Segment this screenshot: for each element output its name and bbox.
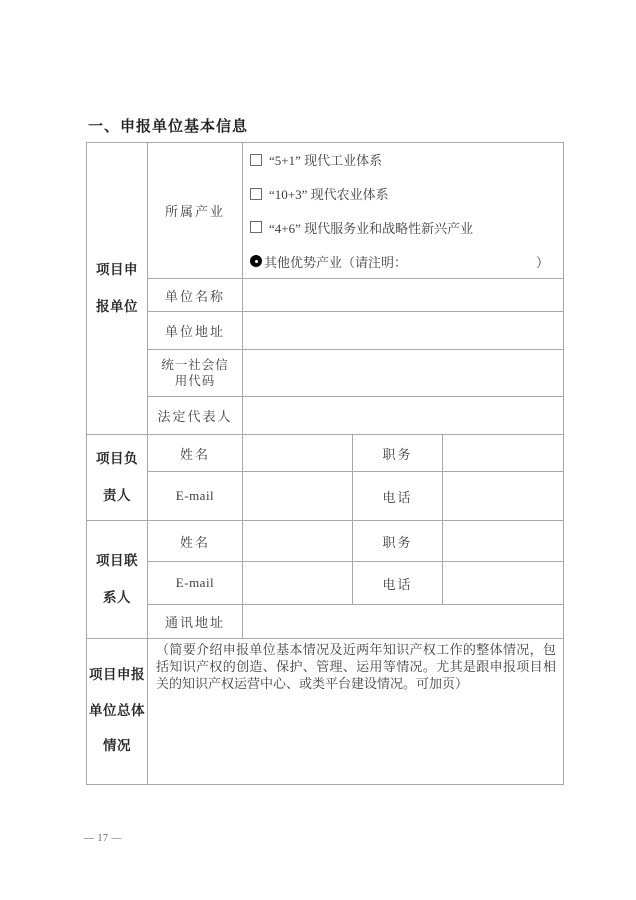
document-page: 一、申报单位基本信息 项目申 报单位 所属产业 “5+1” 现代工业体系 [0,0,636,900]
industry-option-other[interactable]: 其他优势产业（请注明： ） [250,252,549,271]
industry-label: 所属产业 [148,143,243,279]
contact-address-value-cell[interactable] [243,605,564,639]
industry-option-10plus3[interactable]: “10+3” 现代农业体系 [250,184,549,203]
checkbox-unchecked-icon[interactable] [250,188,262,200]
leader-name-value-cell[interactable] [243,435,353,472]
contact-section-header: 项目联 系人 [87,521,148,639]
page-title: 一、申报单位基本信息 [88,115,248,136]
page-number: — 17 — [84,833,122,844]
radio-dot [255,260,258,263]
option-label: “4+6” 现代服务业和战略性新兴产业 [269,218,473,237]
unit-name-value-cell[interactable] [243,279,564,312]
contact-address-label: 通讯地址 [148,605,243,639]
unit-address-label: 单位地址 [148,312,243,350]
leader-title-label: 职务 [353,435,443,472]
overview-description-cell[interactable]: （简要介绍申报单位基本情况及近两年知识产权工作的整体情况，包括知识产权的创造、保… [148,639,564,785]
unit-address-value-cell[interactable] [243,312,564,350]
industry-option-4plus6[interactable]: “4+6” 现代服务业和战略性新兴产业 [250,218,549,237]
contact-phone-value-cell[interactable] [443,562,564,605]
leader-email-label: E-mail [148,472,243,521]
credit-code-label: 统一社会信 用代码 [148,350,243,397]
contact-title-value-cell[interactable] [443,521,564,562]
industry-options-cell: “5+1” 现代工业体系 “10+3” 现代农业体系 “4+6” 现代服务业和战… [243,143,564,279]
leader-name-label: 姓名 [148,435,243,472]
option-label: “10+3” 现代农业体系 [269,184,389,203]
leader-email-value-cell[interactable] [243,472,353,521]
contact-phone-label: 电话 [353,562,443,605]
radio-selected-icon[interactable] [250,255,262,267]
contact-name-label: 姓名 [148,521,243,562]
leader-title-value-cell[interactable] [443,435,564,472]
industry-options: “5+1” 现代工业体系 “10+3” 现代农业体系 “4+6” 现代服务业和战… [243,143,563,278]
leader-phone-value-cell[interactable] [443,472,564,521]
contact-title-label: 职务 [353,521,443,562]
leader-phone-label: 电话 [353,472,443,521]
unit-name-label: 单位名称 [148,279,243,312]
option-close-paren: ） [536,252,549,271]
credit-code-value-cell[interactable] [243,350,564,397]
option-label: “5+1” 现代工业体系 [269,150,382,169]
leader-section-header: 项目负 责人 [87,435,148,521]
legal-representative-value-cell[interactable] [243,397,564,435]
contact-email-label: E-mail [148,562,243,605]
overview-section-header: 项目申报 单位总体 情况 [87,639,148,785]
contact-name-value-cell[interactable] [243,521,353,562]
legal-representative-label: 法定代表人 [148,397,243,435]
basic-info-table: 项目申 报单位 所属产业 “5+1” 现代工业体系 “10+3” 现代农业体系 [86,142,564,785]
checkbox-unchecked-icon[interactable] [250,221,262,233]
checkbox-unchecked-icon[interactable] [250,154,262,166]
contact-email-value-cell[interactable] [243,562,353,605]
applicant-section-header: 项目申 报单位 [87,143,148,435]
industry-option-5plus1[interactable]: “5+1” 现代工业体系 [250,150,549,169]
option-label: 其他优势产业（请注明： [264,252,407,271]
